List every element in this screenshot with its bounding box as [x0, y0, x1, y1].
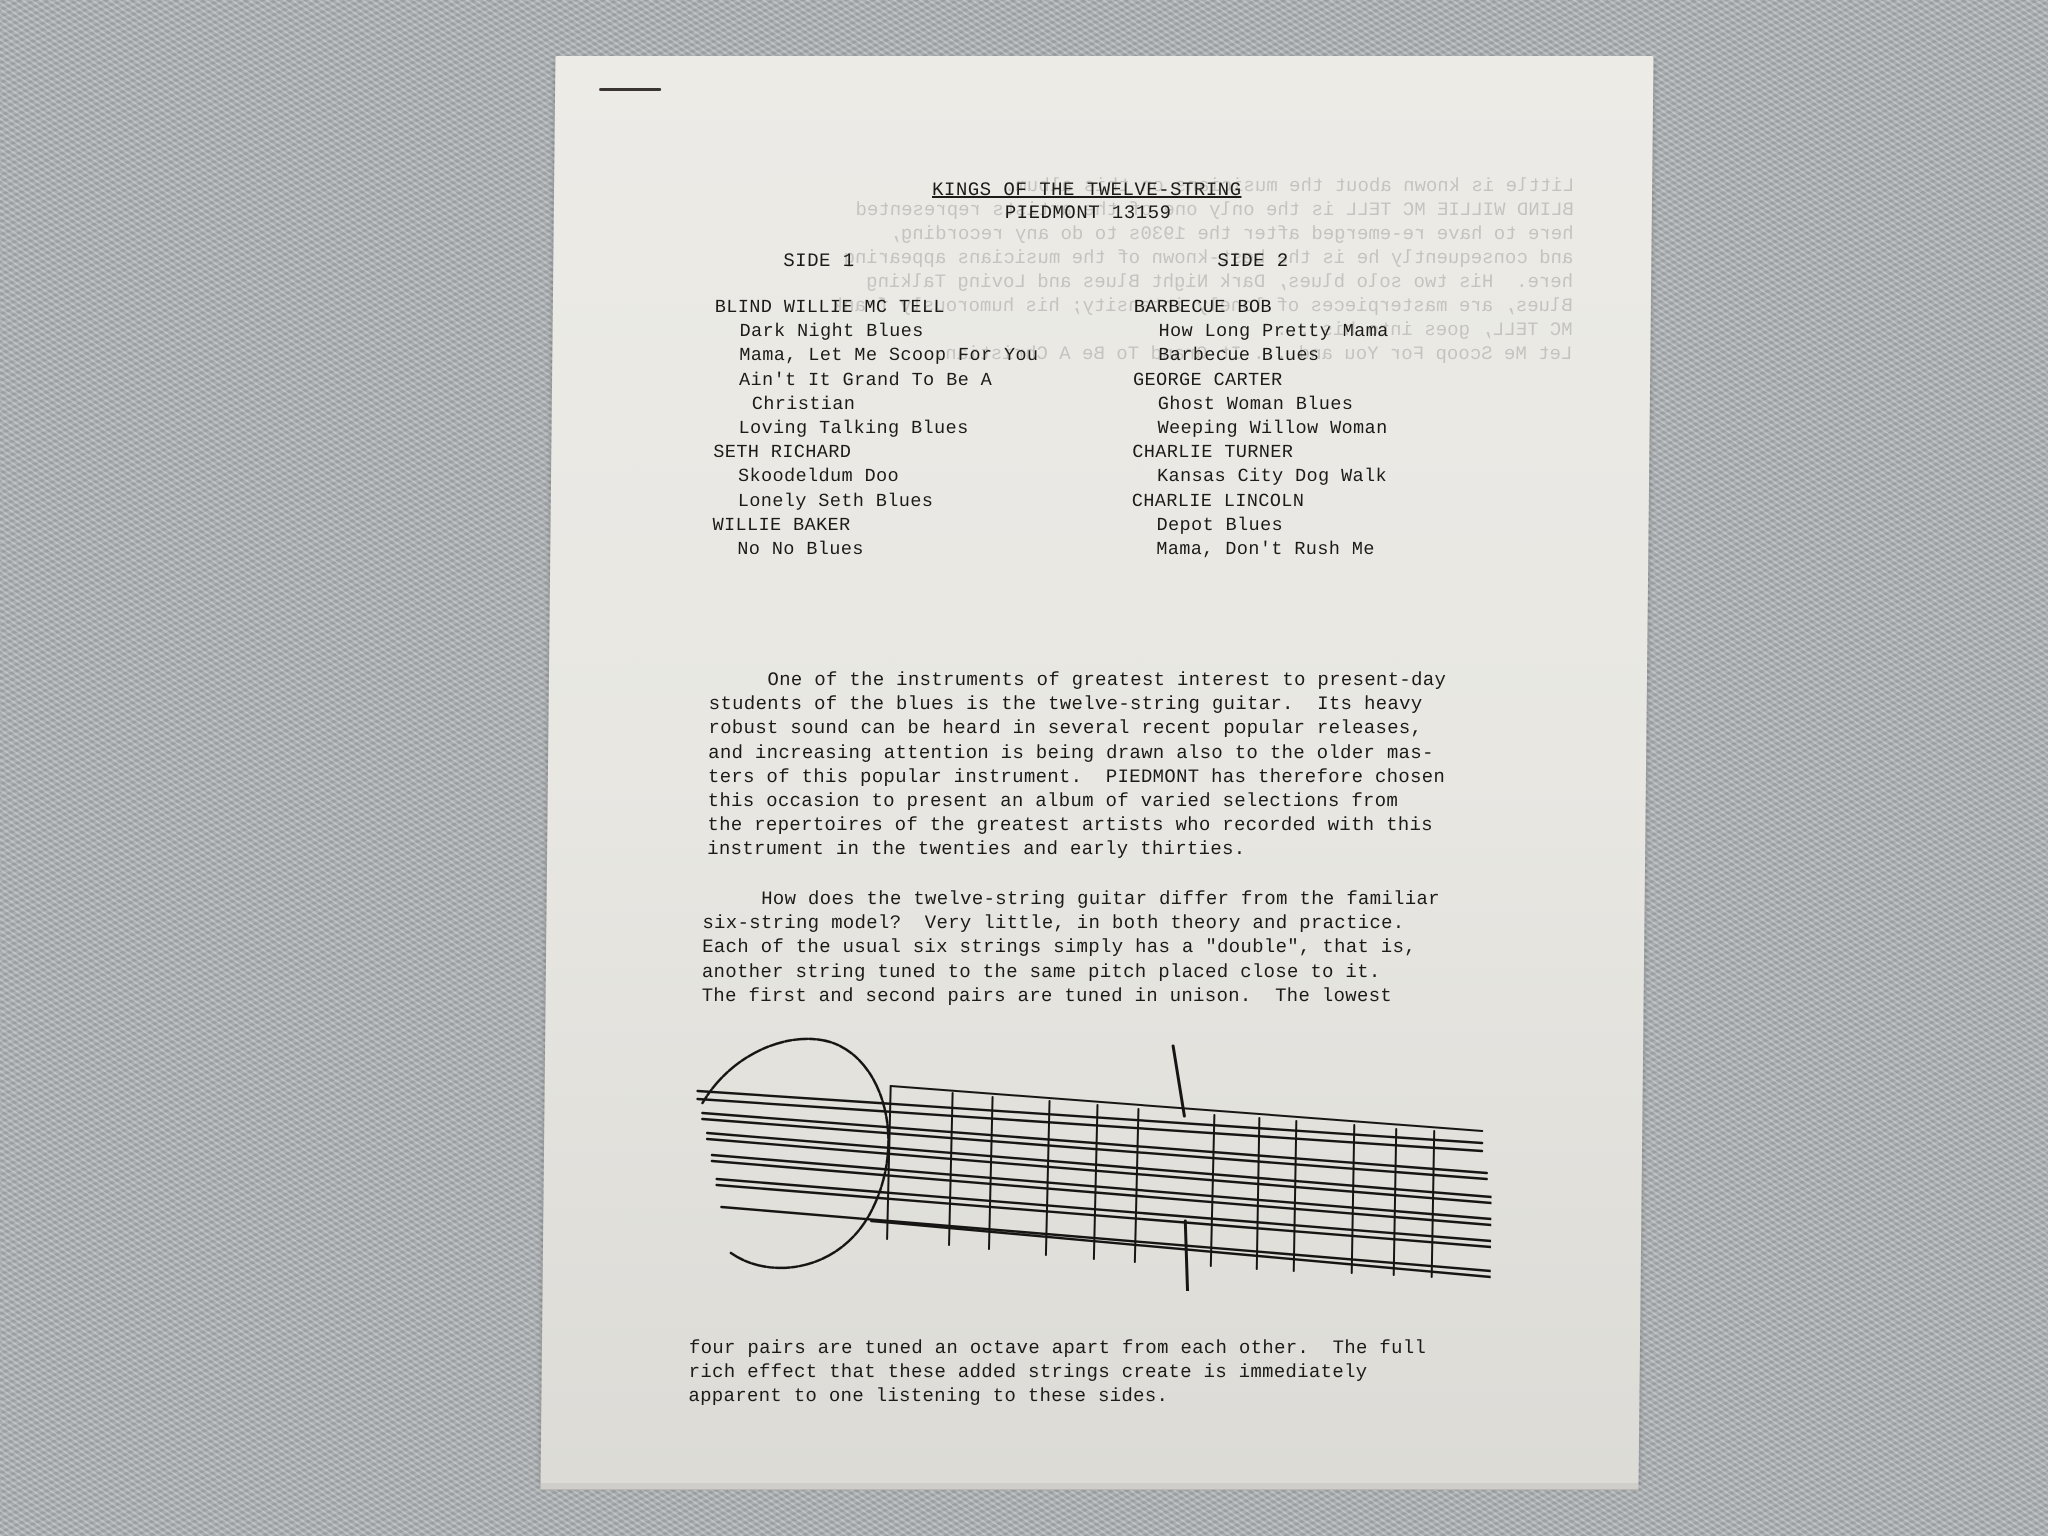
track-title: Kansas City Dog Walk: [1132, 465, 1387, 489]
track-title: Mama, Don't Rush Me: [1131, 538, 1386, 562]
artist-name: CHARLIE TURNER: [1132, 441, 1387, 465]
side-2-tracklist: BARBECUE BOBHow Long Pretty MamaBarbecue…: [1131, 296, 1389, 562]
artist-name: WILLIE BAKER: [712, 514, 1036, 538]
track-title: Ghost Woman Blues: [1133, 393, 1388, 417]
track-title: Dark Night Blues: [714, 320, 1038, 344]
track-title: Depot Blues: [1131, 514, 1386, 538]
paragraph-twelve-string-differences: How does the twelve-string guitar differ…: [702, 887, 1440, 1008]
guitar-neck-illustration: [691, 1021, 1494, 1291]
track-title: Skoodeldum Doo: [713, 465, 1037, 489]
artist-name: SETH RICHARD: [713, 441, 1037, 465]
track-title: How Long Pretty Mama: [1133, 320, 1388, 344]
track-title: Barbecue Blues: [1133, 344, 1388, 368]
paragraph-intro: One of the instruments of greatest inter…: [707, 668, 1446, 862]
artist-name: GEORGE CARTER: [1133, 369, 1388, 393]
track-title: Christian: [714, 393, 1038, 417]
side-1-heading: SIDE 1: [783, 250, 855, 272]
track-title: Mama, Let Me Scoop For You: [714, 344, 1038, 368]
track-title: Ain't It Grand To Be A: [714, 369, 1038, 393]
track-title: Lonely Seth Blues: [713, 490, 1037, 514]
page-content: KINGS OF THE TWELVE-STRING PIEDMONT 1315…: [541, 56, 1654, 1484]
document-page: Little is known about the musicians on t…: [541, 56, 1654, 1484]
artist-name: BARBECUE BOB: [1134, 296, 1389, 320]
catalog-number: PIEDMONT 13159: [1005, 202, 1172, 224]
artist-name: BLIND WILLIE MC TELL: [715, 296, 1039, 320]
side-1-tracklist: BLIND WILLIE MC TELLDark Night BluesMama…: [712, 296, 1039, 562]
side-2-heading: SIDE 2: [1217, 250, 1289, 272]
paragraph-octave-tuning: four pairs are tuned an octave apart fro…: [688, 1336, 1426, 1409]
track-title: Weeping Willow Woman: [1132, 417, 1387, 441]
track-title: Loving Talking Blues: [713, 417, 1037, 441]
album-title: KINGS OF THE TWELVE-STRING: [932, 179, 1242, 201]
track-title: No No Blues: [712, 538, 1036, 562]
artist-name: CHARLIE LINCOLN: [1132, 490, 1387, 514]
